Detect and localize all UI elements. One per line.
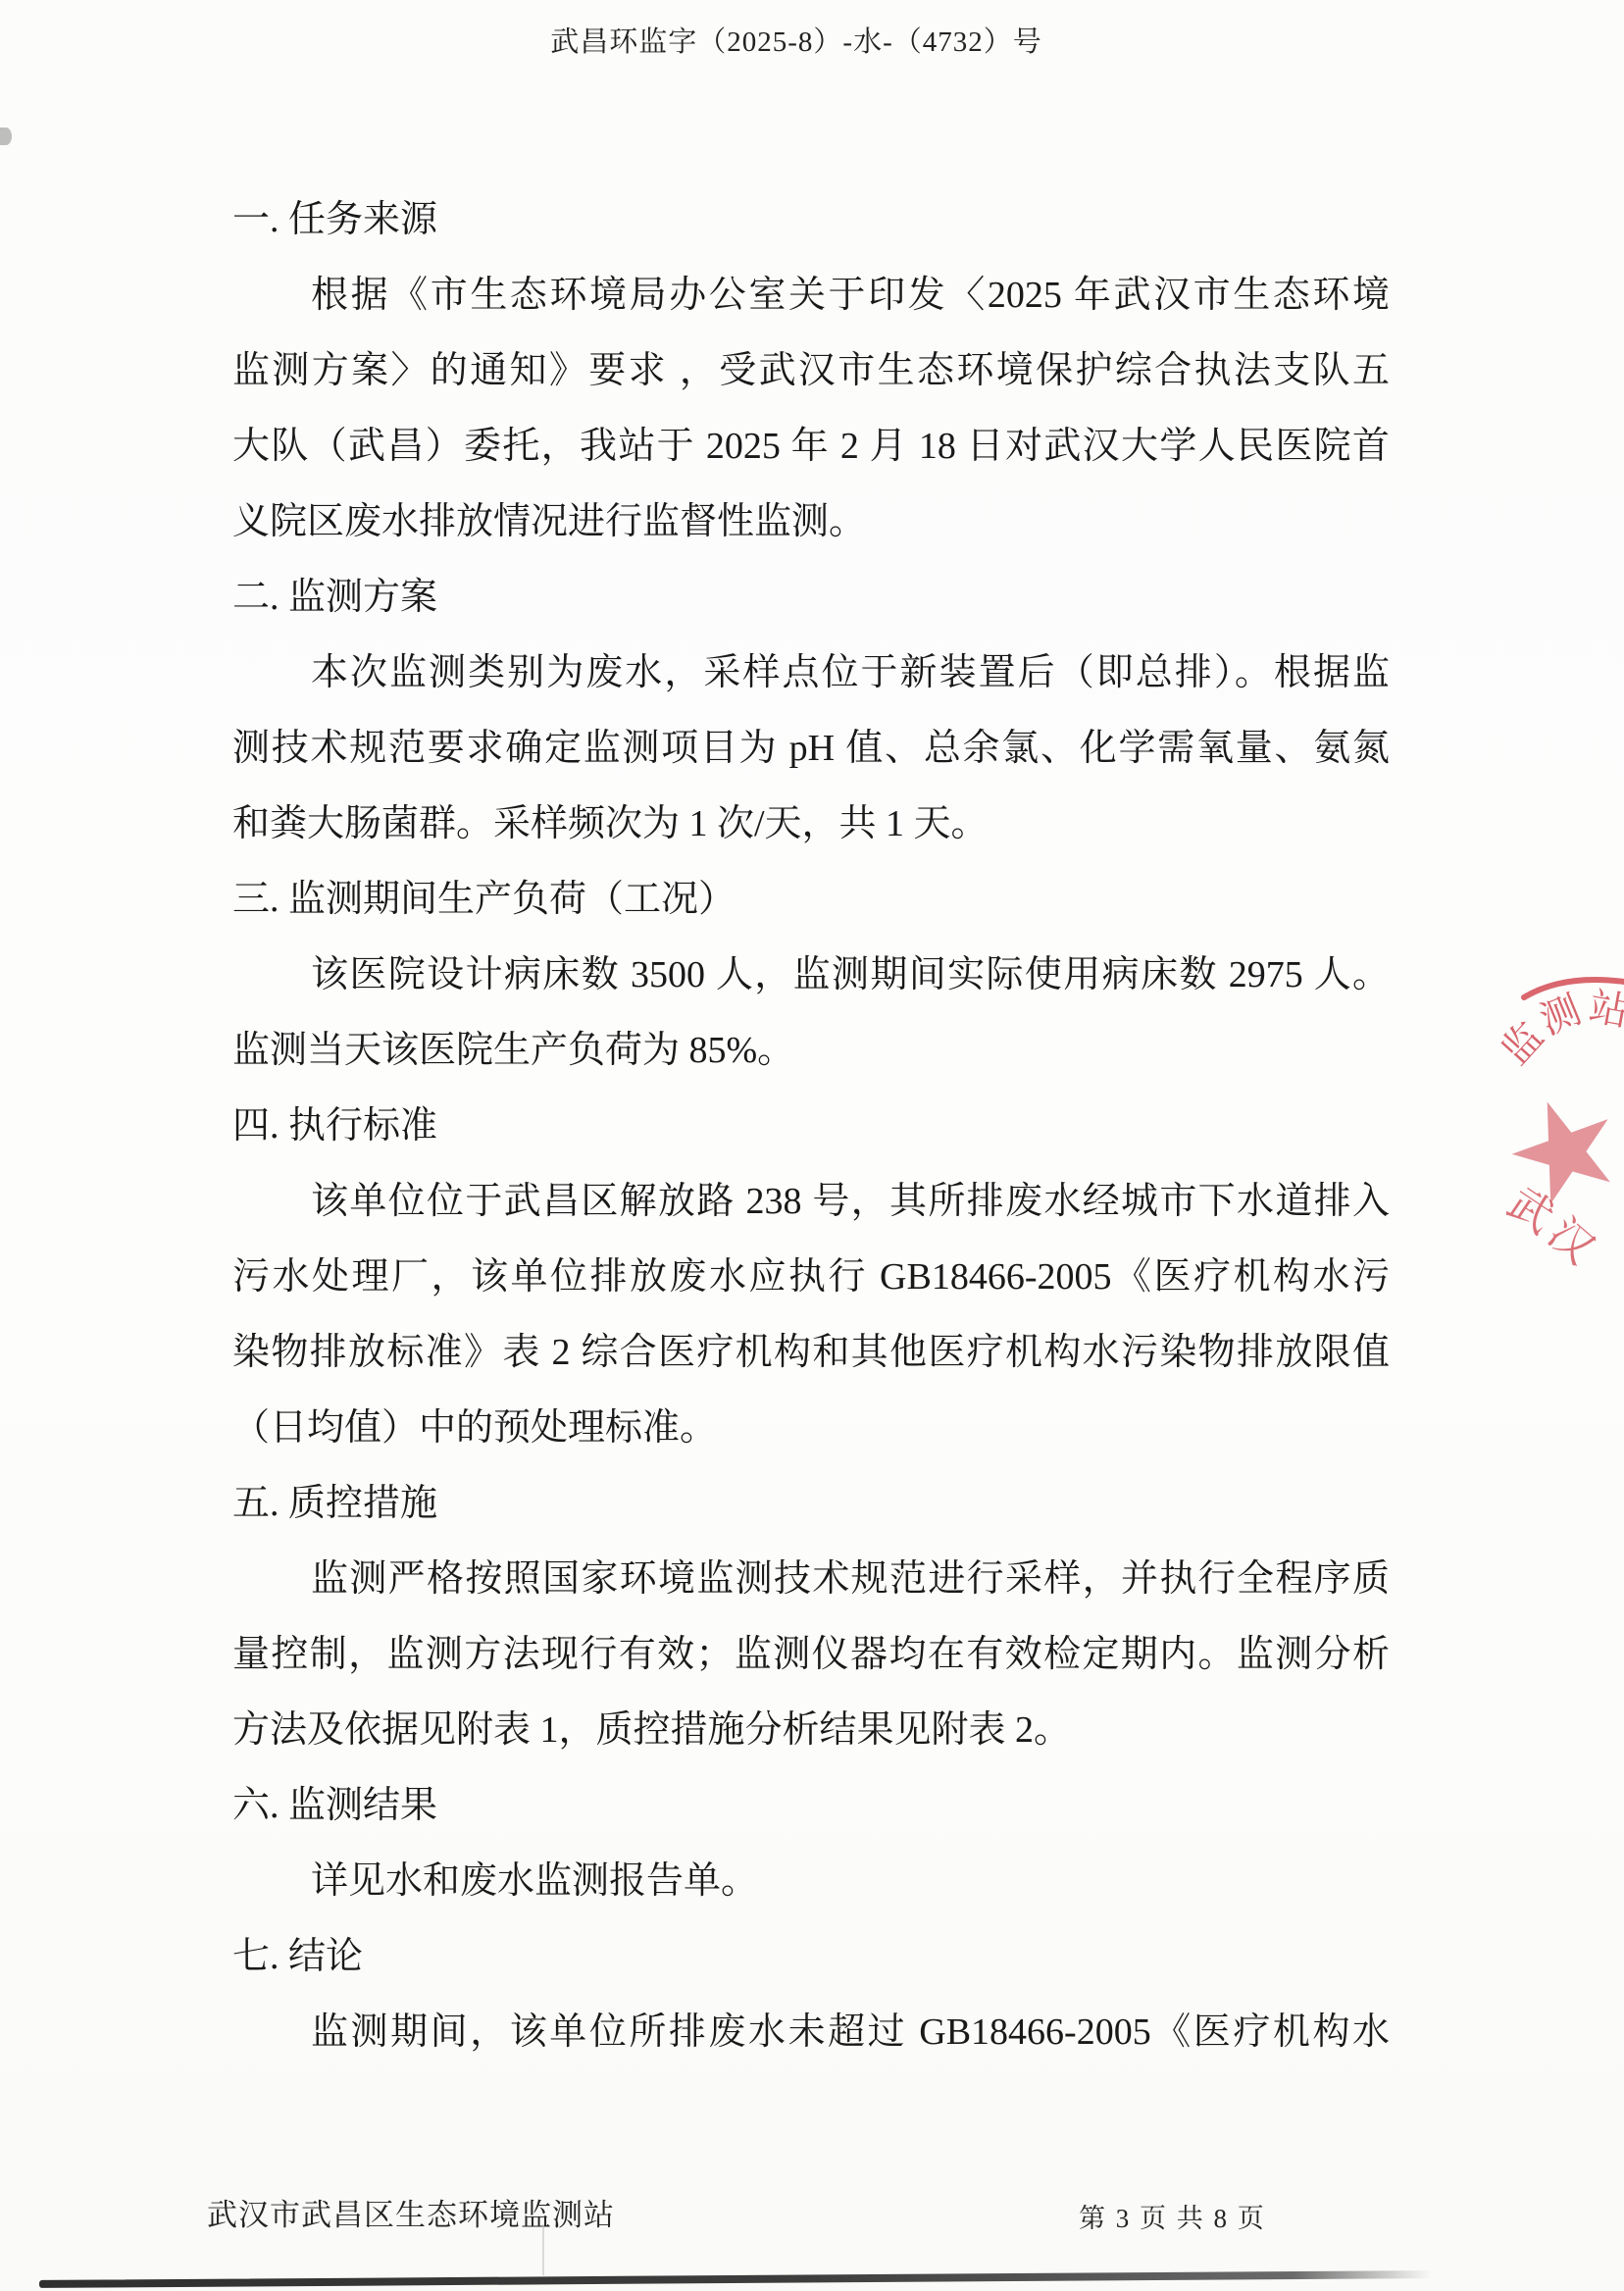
body-line: 该单位位于武昌区解放路 238 号，其所排废水经城市下水道排入 [232,1164,1390,1240]
section-heading: 六. 监测结果 [232,1768,1390,1844]
seal-star-icon: ★ [1500,1061,1624,1241]
body-line: （日均值）中的预处理标准。 [232,1391,1390,1466]
body-line: 监测当天该医院生产负荷为 85%。 [232,1013,1390,1089]
body-line: 监测期间，该单位所排废水未超过 GB18466-2005《医疗机构水 [232,1995,1390,2070]
scanned-document-page: 武昌环监字（2025-8）-水-（4732）号 一. 任务来源 根据《市生态环境… [0,0,1624,2291]
seal-text-top: 监测站 [1500,984,1624,1073]
body-line: 本次监测类别为废水，采样点位于新装置后（即总排）。根据监 [232,636,1390,711]
scan-artifact-line [39,2270,1432,2288]
section-results: 六. 监测结果 详见水和废水监测报告单。 [232,1768,1390,1919]
body-line: 量控制，监测方法现行有效；监测仪器均在有效检定期内。监测分析 [232,1617,1390,1693]
body-line: 染物排放标准》表 2 综合医疗机构和其他医疗机构水污染物排放限值 [232,1315,1390,1391]
section-heading: 五. 质控措施 [232,1466,1390,1542]
section-heading: 二. 监测方案 [232,560,1390,636]
section-heading: 三. 监测期间生产负荷（工况） [232,862,1390,938]
body-line: 义院区废水排放情况进行监督性监测。 [232,484,1390,560]
section-monitoring-plan: 二. 监测方案 本次监测类别为废水，采样点位于新装置后（即总排）。根据监 测技术… [232,560,1390,862]
page-indicator: 第 3 页 共 8 页 [1079,2197,1266,2235]
body-line: 方法及依据见附表 1，质控措施分析结果见附表 2。 [232,1693,1390,1768]
body-line: 根据《市生态环境局办公室关于印发〈2025 年武汉市生态环境 [232,258,1390,333]
seal-text-bottom: 武汉 [1500,1179,1607,1277]
body-line: 测技术规范要求确定监测项目为 pH 值、总余氯、化学需氧量、氨氮 [232,711,1390,787]
body-line: 污水处理厂，该单位排放废水应执行 GB18466-2005《医疗机构水污 [232,1240,1390,1315]
section-heading: 一. 任务来源 [232,182,1390,258]
body-line: 该医院设计病床数 3500 人，监测期间实际使用病床数 2975 人。 [232,938,1390,1013]
body-line: 详见水和废水监测报告单。 [232,1844,1390,1919]
seal-ring-arc [1524,980,1624,997]
section-conclusion: 七. 结论 监测期间，该单位所排废水未超过 GB18466-2005《医疗机构水 [232,1919,1390,2070]
body-line: 监测方案〉的通知》要求 ，受武汉市生态环境保护综合执法支队五 [232,333,1390,409]
body-line: 大队（武昌）委托，我站于 2025 年 2 月 18 日对武汉大学人民医院首 [232,409,1390,484]
scan-speck [0,127,12,145]
scan-speck [542,2224,544,2275]
document-number: 武昌环监字（2025-8）-水-（4732）号 [0,20,1593,60]
section-standards: 四. 执行标准 该单位位于武昌区解放路 238 号，其所排废水经城市下水道排入 … [232,1089,1390,1466]
section-heading: 四. 执行标准 [232,1089,1390,1164]
body-line: 监测严格按照国家环境监测技术规范进行采样，并执行全程序质 [232,1542,1390,1617]
svg-text:监测站: 监测站 [1500,984,1624,1073]
section-task-source: 一. 任务来源 根据《市生态环境局办公室关于印发〈2025 年武汉市生态环境 监… [232,182,1390,560]
document-body: 一. 任务来源 根据《市生态环境局办公室关于印发〈2025 年武汉市生态环境 监… [232,182,1390,2070]
section-qc-measures: 五. 质控措施 监测严格按照国家环境监测技术规范进行采样，并执行全程序质 量控制… [232,1466,1390,1768]
svg-text:武汉: 武汉 [1500,1179,1607,1277]
station-name: 武汉市武昌区生态环境监测站 [207,2190,615,2234]
body-line: 和粪大肠菌群。采样频次为 1 次/天，共 1 天。 [232,787,1390,862]
section-production-load: 三. 监测期间生产负荷（工况） 该医院设计病床数 3500 人，监测期间实际使用… [232,862,1390,1089]
section-heading: 七. 结论 [232,1919,1390,1995]
red-seal-stamp: ★ 监测站 武汉 [1500,966,1624,1291]
